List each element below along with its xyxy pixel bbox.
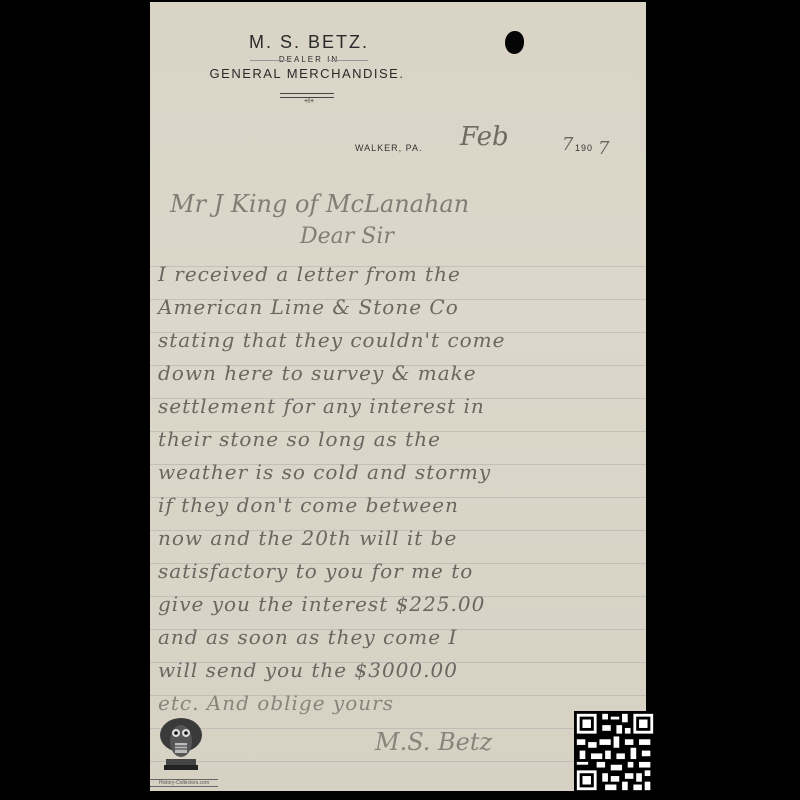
dealer-label: DEALER IN [178, 55, 440, 64]
business-type: GENERAL MERCHANDISE. [174, 66, 440, 81]
body-line: give you the interest $225.00 [158, 592, 485, 616]
body-line: satisfactory to you for me to [158, 559, 473, 583]
year-prefix: 190 [575, 143, 593, 153]
body-line: stating that they couldn't come [158, 328, 505, 352]
history-collectors-logo: History-Collectors.com [150, 715, 218, 791]
letterhead: M. S. BETZ. DEALER IN GENERAL MERCHANDIS… [150, 32, 440, 105]
body-line: will send you the $3000.00 [158, 658, 458, 682]
logo-text: History-Collectors.com [150, 779, 218, 787]
greeting: Dear Sir [300, 224, 394, 249]
letter-sheet: M. S. BETZ. DEALER IN GENERAL MERCHANDIS… [150, 2, 646, 791]
body-line: now and the 20th will it be [158, 526, 457, 550]
ornament: +I+ [178, 98, 440, 105]
date-month: Feb [460, 122, 509, 152]
closing-line: etc. And oblige yours [158, 691, 394, 715]
signature: M.S. Betz [375, 728, 492, 756]
year-suffix: 7 [598, 138, 609, 159]
qr-code-icon[interactable] [574, 711, 656, 793]
body-line: weather is so cold and stormy [158, 460, 491, 484]
owl-on-books-icon [158, 715, 204, 771]
merchant-name: M. S. BETZ. [178, 32, 440, 53]
recipient: Mr J King of McLanahan [170, 190, 469, 218]
punch-hole [505, 31, 524, 54]
date-day: 7 [562, 134, 573, 155]
place-label: WALKER, PA. [355, 143, 423, 153]
body-line: settlement for any interest in [158, 394, 485, 418]
body-line: their stone so long as the [158, 427, 441, 451]
body-line: American Lime & Stone Co [158, 295, 459, 319]
body-line: I received a letter from the [158, 262, 461, 286]
body-line: and as soon as they come I [158, 625, 457, 649]
body-line: if they don't come between [158, 493, 459, 517]
body-line: down here to survey & make [158, 361, 477, 385]
